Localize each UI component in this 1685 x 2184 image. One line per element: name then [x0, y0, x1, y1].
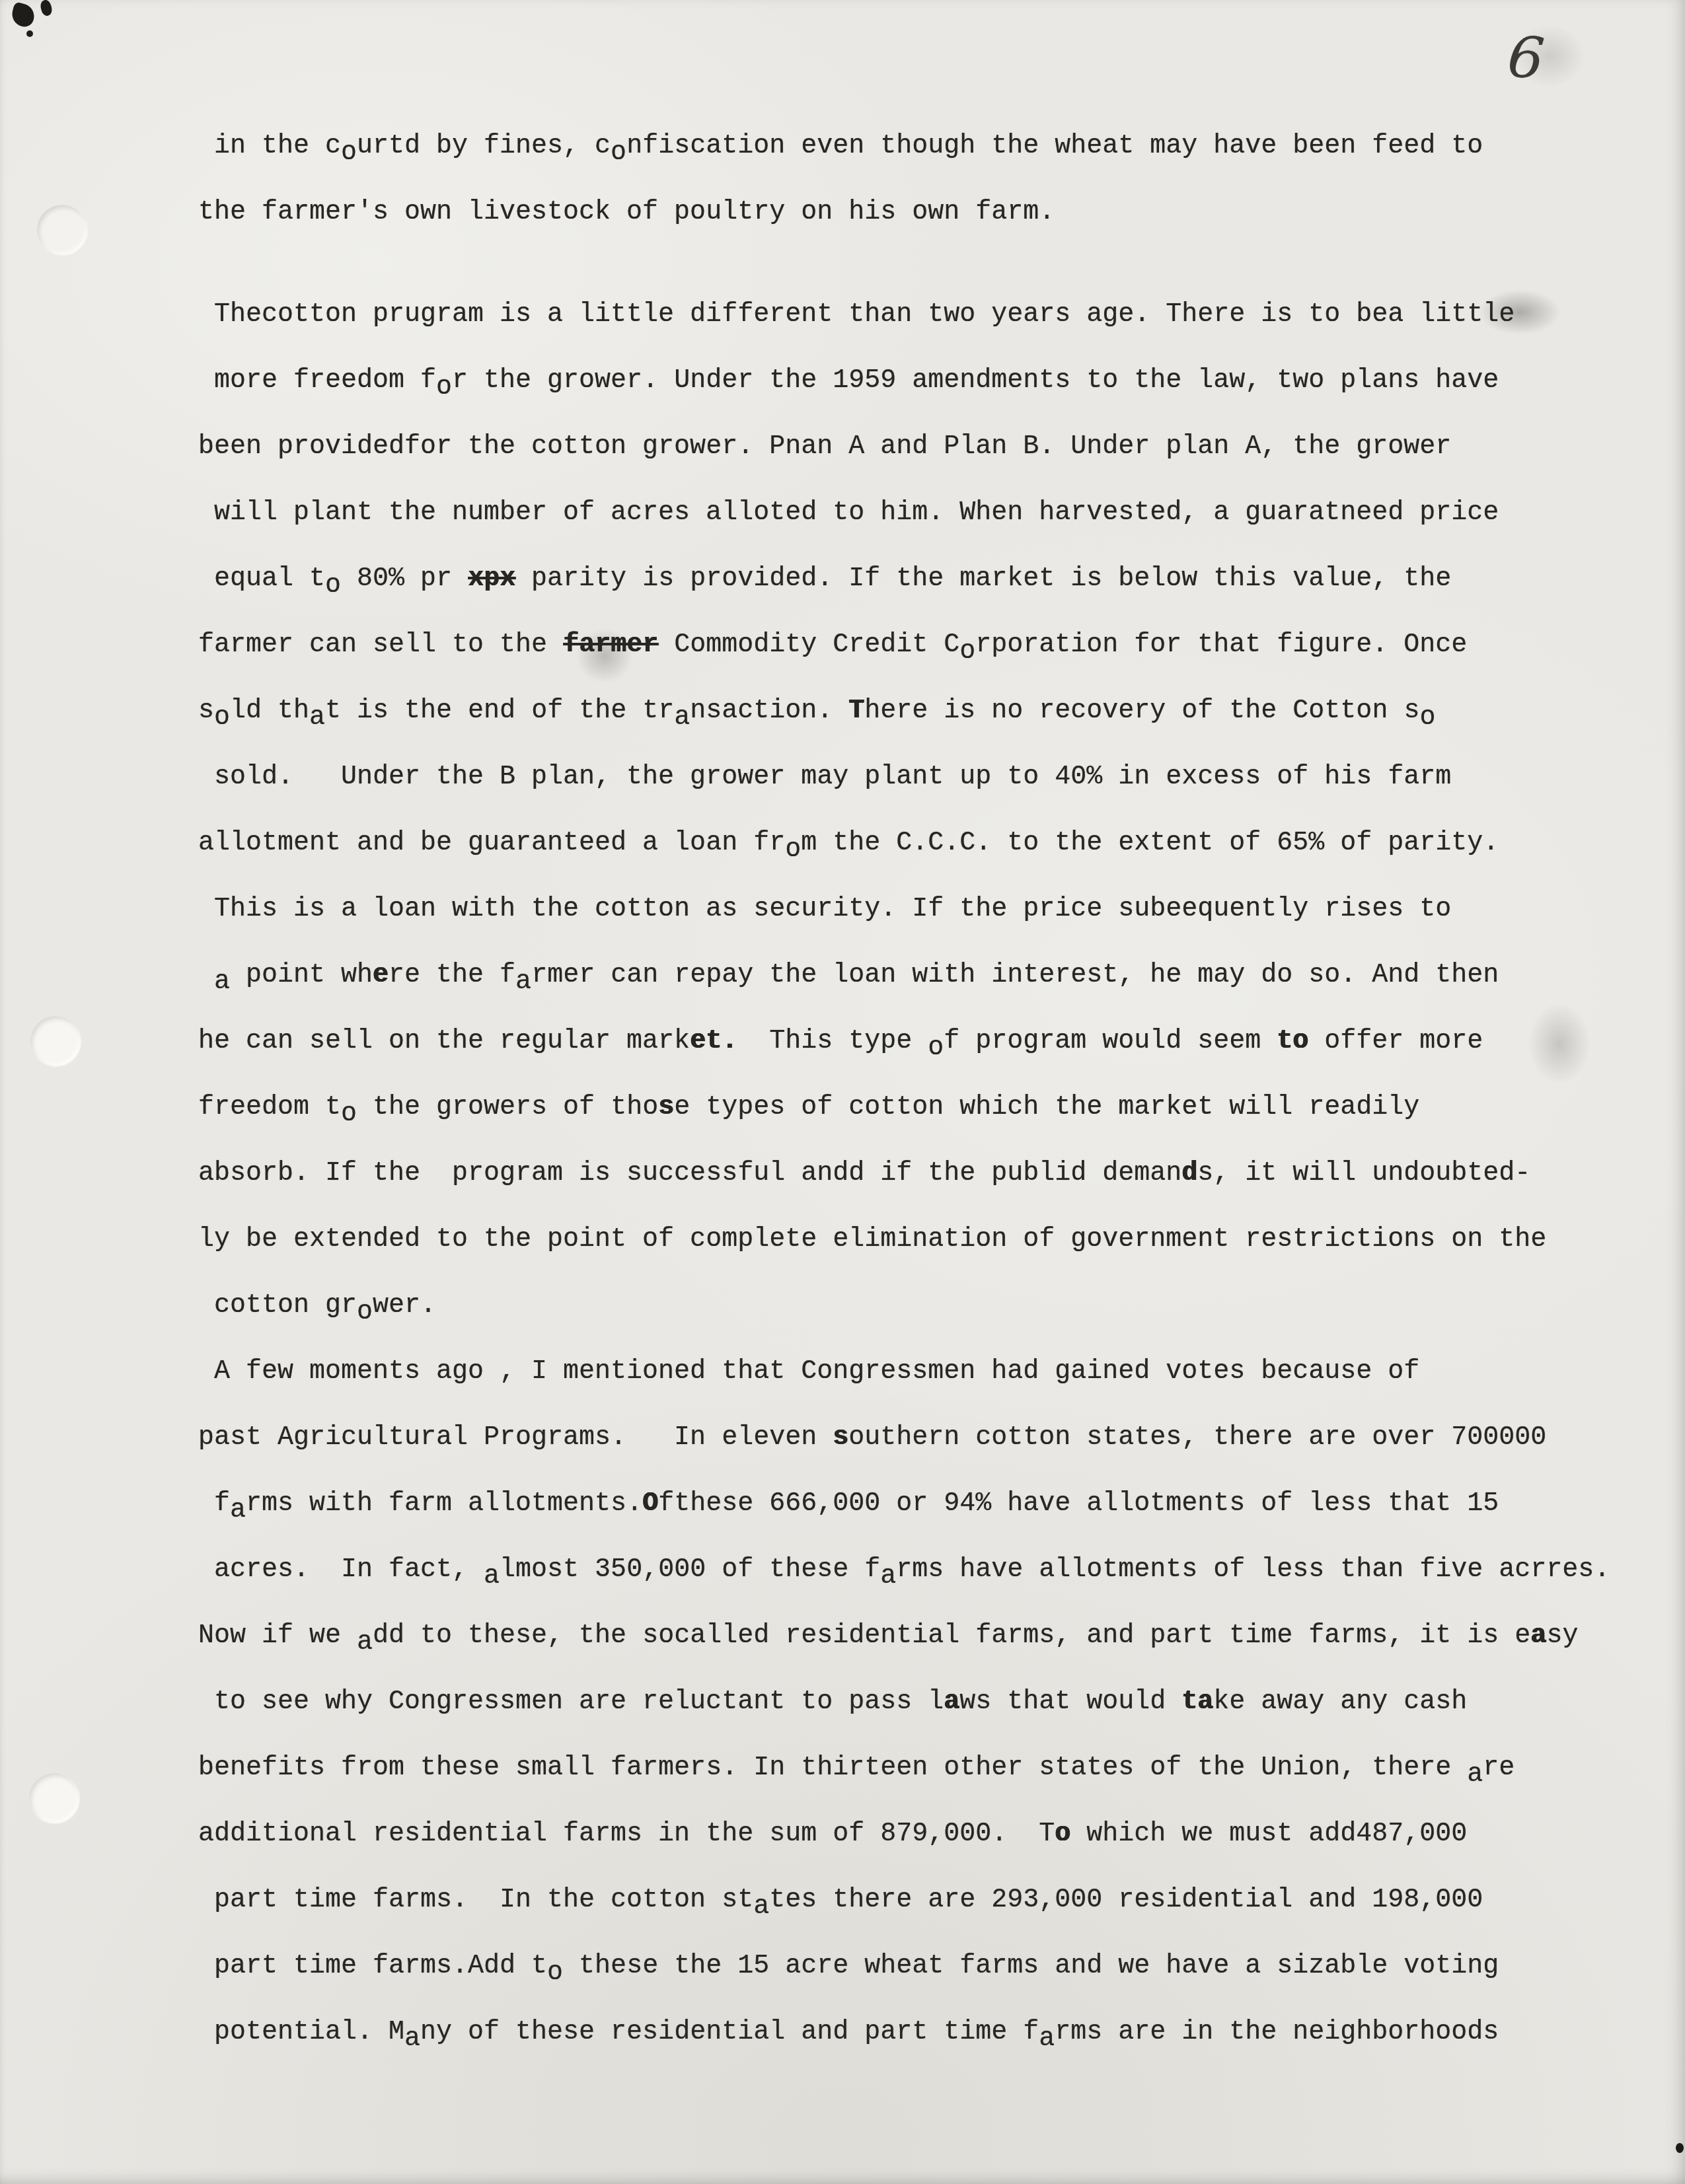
dropped-character: o — [214, 703, 230, 733]
dropped-character: a — [404, 2024, 420, 2054]
struck-out-word: xpx — [468, 564, 515, 594]
scanned-document-page: 6 in the courtd by fines, confiscation e… — [0, 0, 1685, 2184]
typed-line: Thecotton prugram is a little different … — [198, 282, 1659, 348]
typed-line: acres. In fact, almost 350,000 of these … — [198, 1537, 1659, 1603]
typed-line: farms with farm allotments.Ofthese 666,0… — [198, 1471, 1659, 1537]
typed-line: A few moments ago , I mentioned that Con… — [198, 1339, 1659, 1405]
typed-line: will plant the number of acres alloted t… — [198, 480, 1659, 546]
overstruck-text: a — [944, 1687, 959, 1717]
dropped-character: o — [547, 1958, 563, 1988]
page-number-handwritten: 6 — [1505, 24, 1547, 92]
typed-line: absorb. If the program is successful and… — [198, 1141, 1659, 1207]
typed-line: freedom to the growers of those types of… — [198, 1075, 1659, 1141]
typed-line: the farmer's own livestock of poultry on… — [198, 180, 1659, 246]
overstruck-text: d — [1181, 1159, 1197, 1188]
typed-line: equal to 80% pr xpx parity is provided. … — [198, 546, 1659, 612]
typed-line: Now if we add to these, the socalled res… — [198, 1603, 1659, 1669]
dropped-character: a — [484, 1562, 500, 1591]
dropped-character: a — [515, 967, 531, 997]
dropped-character: o — [785, 835, 801, 865]
scan-artifact-speck — [40, 0, 54, 17]
hole-punch — [37, 205, 87, 255]
dropped-character: o — [325, 571, 341, 601]
typed-line: ly be extended to the point of complete … — [198, 1207, 1659, 1273]
dropped-character: o — [341, 1099, 357, 1129]
dropped-character: o — [436, 373, 452, 402]
dropped-character: o — [1419, 703, 1435, 733]
dropped-character: a — [1467, 1760, 1483, 1790]
typed-line: part time farms. In the cotton states th… — [198, 1868, 1659, 1934]
overstruck-text: e — [373, 961, 389, 990]
typed-line: additional residential farms in the sum … — [198, 1802, 1659, 1868]
overstruck-text: s — [658, 1093, 674, 1122]
dropped-character: o — [357, 1297, 373, 1327]
typed-line: This is a loan with the cotton as securi… — [198, 877, 1659, 943]
typed-line: he can sell on the regular market. This … — [198, 1009, 1659, 1075]
overstruck-text: s — [833, 1423, 848, 1453]
typed-line: farmer can sell to the farmer Commodity … — [198, 612, 1659, 678]
scan-artifact-speck — [9, 1, 36, 28]
typed-line: to see why Congressmen are reluctant to … — [198, 1669, 1659, 1735]
overstruck-text: to — [1277, 1027, 1308, 1056]
overstruck-text: T — [848, 696, 864, 726]
overstruck-text: a — [1530, 1621, 1546, 1651]
typed-line: sold that is the end of the transaction.… — [198, 678, 1659, 745]
dropped-character: a — [1039, 2024, 1055, 2054]
overstruck-text: et. — [690, 1027, 737, 1056]
overstruck-text: o — [1055, 1819, 1070, 1849]
dropped-character: o — [611, 138, 626, 168]
typed-line: sold. Under the B plan, the grower may p… — [198, 745, 1659, 811]
typed-line: cotton grower. — [198, 1273, 1659, 1339]
dropped-character: o — [341, 138, 357, 168]
dropped-character: a — [880, 1562, 896, 1591]
scan-artifact-speck — [26, 30, 33, 37]
typed-line: a point where the farmer can repay the l… — [198, 943, 1659, 1009]
typed-text-block: in the courtd by fines, confiscation eve… — [198, 114, 1659, 2066]
typed-line: part time farms.Add to these the 15 acre… — [198, 1934, 1659, 2000]
overstruck-text: ta — [1181, 1687, 1213, 1717]
struck-out-word: farmer — [563, 630, 658, 660]
overstruck-text: O — [642, 1489, 658, 1519]
typed-line: past Agricultural Programs. In eleven so… — [198, 1405, 1659, 1471]
dropped-character: a — [753, 1892, 769, 1922]
dropped-character: a — [357, 1628, 373, 1657]
typed-line: in the courtd by fines, confiscation eve… — [198, 114, 1659, 180]
scan-artifact-speck — [1676, 2143, 1684, 2153]
hole-punch — [29, 1773, 79, 1823]
dropped-character: o — [928, 1033, 944, 1063]
dropped-character: o — [959, 637, 975, 667]
typed-line: potential. Many of these residential and… — [198, 2000, 1659, 2066]
dropped-character: a — [674, 703, 690, 733]
dropped-character: a — [230, 1496, 246, 1525]
dropped-character: a — [214, 967, 230, 997]
typed-line: been providedfor the cotton grower. Pnan… — [198, 414, 1659, 480]
typed-line: allotment and be guaranteed a loan from … — [198, 811, 1659, 877]
dropped-character: a — [309, 703, 325, 733]
typed-line: more freedom for the grower. Under the 1… — [198, 348, 1659, 414]
typed-line: benefits from these small farmers. In th… — [198, 1735, 1659, 1802]
hole-punch — [30, 1016, 81, 1066]
